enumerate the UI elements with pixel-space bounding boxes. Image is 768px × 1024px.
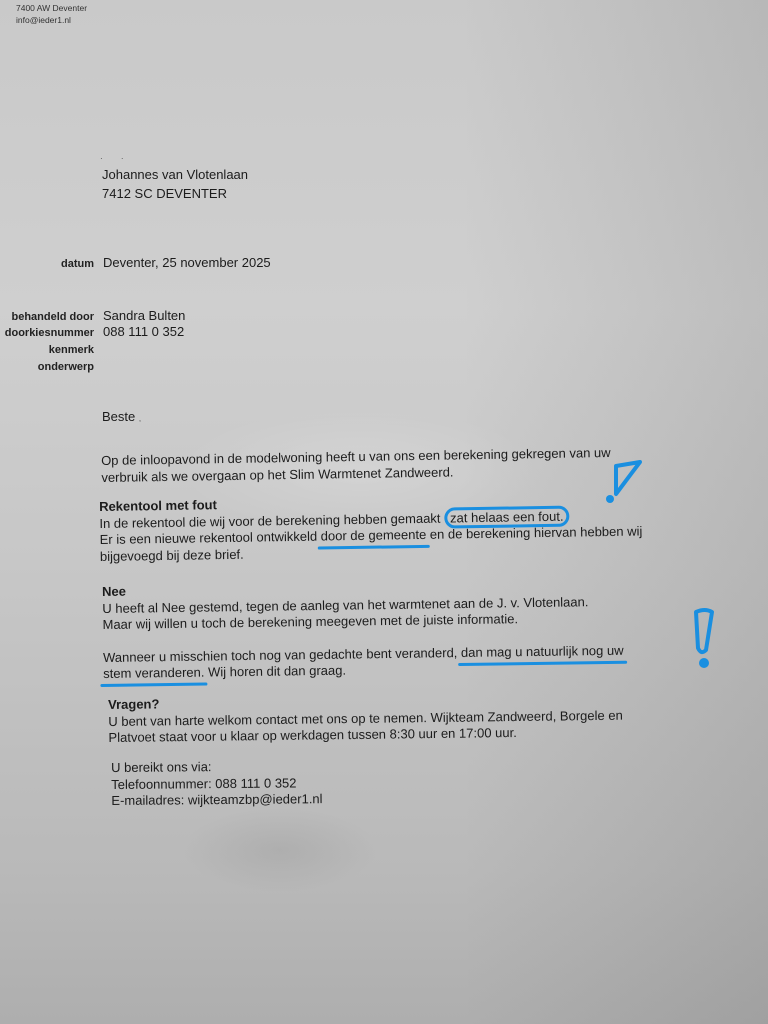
- section-nee: Nee U heeft al Nee gestemd, tegen de aan…: [102, 577, 624, 683]
- contact-phone: Telefoonnummer: 088 111 0 352: [111, 775, 322, 793]
- address-mark: · ·: [100, 154, 132, 163]
- contact-block: U bereikt ons via: Telefoonnummer: 088 1…: [111, 758, 323, 809]
- text-segment: Wij horen dit dan graag.: [204, 663, 346, 680]
- highlight-natuurlijk: dan mag u natuurlijk nog uw: [461, 642, 624, 659]
- onderwerp-label: onderwerp: [0, 361, 94, 373]
- intro-paragraph: Op de inloopavond in de modelwoning heef…: [101, 445, 611, 486]
- exclamation-mark-icon: [696, 610, 712, 652]
- recipient-city: 7412 SC DEVENTER: [102, 184, 248, 203]
- highlight-fout: zat helaas een fout.: [444, 505, 570, 528]
- text-segment: Er is een nieuwe rekentool ontwikkeld: [100, 529, 321, 547]
- datum-label: datum: [0, 258, 94, 270]
- exclamation-dot-icon: [699, 658, 709, 668]
- sender-email: info@ieder1.nl: [16, 14, 87, 26]
- doorkiesnummer-value: 088 111 0 352: [103, 324, 184, 339]
- highlight-gemeente: door de gemeente: [321, 527, 427, 544]
- salutation-text: Beste: [102, 409, 135, 424]
- contact-email: E-mailadres: wijkteamzbp@ieder1.nl: [111, 791, 322, 809]
- exclamation-mark-icon: [616, 462, 640, 494]
- section-rekentool: Rekentool met fout In de rekentool die w…: [99, 490, 643, 565]
- behandeld-door-value: Sandra Bulten: [103, 308, 185, 323]
- recipient-street: Johannes van Vlotenlaan: [102, 165, 248, 184]
- sender-city: 7400 AW Deventer: [16, 2, 87, 14]
- highlight-stem: stem veranderen.: [103, 665, 204, 681]
- recipient-address: Johannes van Vlotenlaan 7412 SC DEVENTER: [102, 165, 248, 203]
- salutation: Beste ,: [102, 409, 141, 428]
- kenmerk-label: kenmerk: [0, 344, 94, 356]
- datum-value: Deventer, 25 november 2025: [103, 255, 271, 270]
- contact-intro: U bereikt ons via:: [111, 758, 322, 776]
- doorkiesnummer-label: doorkiesnummer: [0, 327, 94, 339]
- section-vragen: Vragen? U bent van harte welkom contact …: [108, 691, 623, 747]
- behandeld-door-label: behandeld door: [0, 311, 94, 323]
- sender-address: 7400 AW Deventer info@ieder1.nl: [16, 2, 87, 26]
